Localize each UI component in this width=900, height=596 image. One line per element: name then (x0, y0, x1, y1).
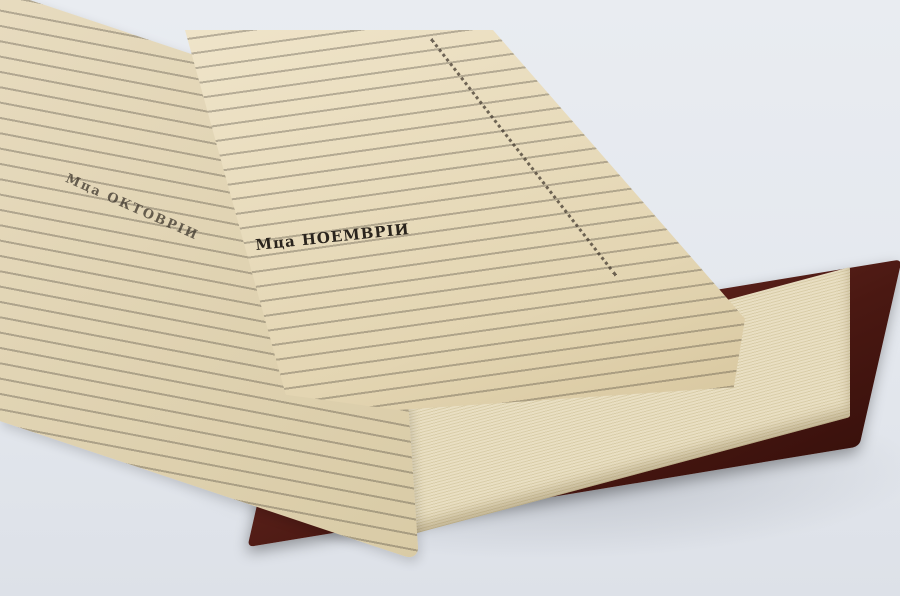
photo-scene: Мца НОЕМВРІИ Мца ОКТОВРІИ (0, 0, 900, 596)
